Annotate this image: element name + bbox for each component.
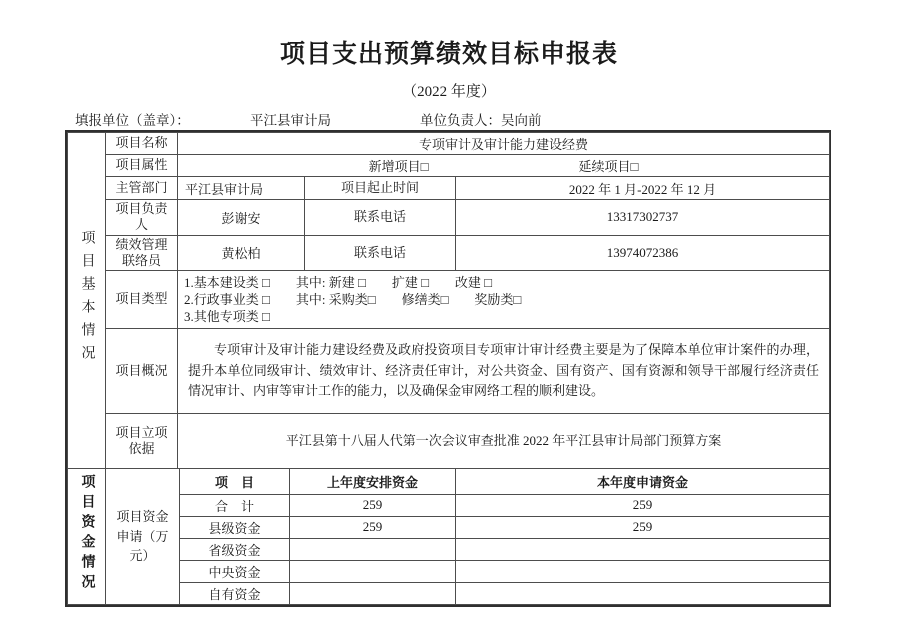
funding-row-label: 合 计 xyxy=(180,494,290,516)
period-value: 2022 年 1 月-2022 年 12 月 xyxy=(456,177,830,200)
funding-group-label: 项目资金申请（万元） xyxy=(106,469,180,604)
table-row: 绩效管理联络员 黄松柏 联系电话 13974072386 xyxy=(68,235,830,271)
table-row: 主管部门 平江县审计局 项目起止时间 2022 年 1 月-2022 年 12 … xyxy=(68,177,830,200)
section-basic-label-text: 项目基本情况 xyxy=(80,230,94,368)
liaison-phone-label: 联系电话 xyxy=(305,235,456,271)
leader-label: 项目负责人 xyxy=(106,200,178,236)
funding-current-value: 259 xyxy=(456,516,830,538)
leader-phone-label: 联系电话 xyxy=(305,200,456,236)
funding-prev-value xyxy=(290,582,456,604)
funding-row-central: 中央资金 xyxy=(68,560,830,582)
funding-current-value xyxy=(456,560,830,582)
funding-current-value: 259 xyxy=(456,494,830,516)
dept-label: 主管部门 xyxy=(106,177,178,200)
funding-row-total: 合 计 259 259 xyxy=(68,494,830,516)
table-row: 项目负责人 彭谢安 联系电话 13317302737 xyxy=(68,200,830,236)
type-line-administrative: 2.行政事业类 □ 其中: 采购类□ 修缮类□ 奖励类□ xyxy=(184,291,827,308)
funding-current-value xyxy=(456,582,830,604)
funding-col-prev-year-header: 上年度安排资金 xyxy=(290,469,456,494)
leader-phone-value: 13317302737 xyxy=(456,200,830,236)
funding-header-row: 项目资金情况 项目资金申请（万元） 项 目 上年度安排资金 本年度申请资金 xyxy=(68,469,830,494)
funding-row-province: 省级资金 xyxy=(68,538,830,560)
funding-prev-value xyxy=(290,538,456,560)
funding-prev-value: 259 xyxy=(290,494,456,516)
project-type-label: 项目类型 xyxy=(106,271,178,329)
basic-info-section: 项目基本情况 项目名称 专项审计及审计能力建设经费 项目属性 新增项目□ 延续项… xyxy=(67,132,830,469)
funding-row-label: 自有资金 xyxy=(180,582,290,604)
table-row: 项目概况 专项审计及审计能力建设经费及政府投资项目专项审计审计经费主要是为了保障… xyxy=(68,329,830,414)
funding-row-county: 县级资金 259 259 xyxy=(68,516,830,538)
project-type-value: 1.基本建设类 □ 其中: 新建 □ 扩建 □ 改建 □ 2.行政事业类 □ 其… xyxy=(178,271,830,329)
liaison-value: 黄松柏 xyxy=(178,235,305,271)
section-funding-label-text: 项目资金情况 xyxy=(80,474,94,594)
section-funding-vertical-label: 项目资金情况 xyxy=(68,469,106,604)
dept-value: 平江县审计局 xyxy=(178,177,305,200)
funding-col-item-header: 项 目 xyxy=(180,469,290,494)
type-line-construction: 1.基本建设类 □ 其中: 新建 □ 扩建 □ 改建 □ xyxy=(184,274,827,291)
reporting-unit-label: 填报单位（盖章）： xyxy=(75,109,190,129)
funding-row-label: 中央资金 xyxy=(180,560,290,582)
project-name-label: 项目名称 xyxy=(106,133,178,155)
funding-col-current-year-header: 本年度申请资金 xyxy=(456,469,830,494)
funding-row-self: 自有资金 xyxy=(68,582,830,604)
unit-head: 单位负责人：吴向前 xyxy=(420,109,542,129)
funding-section: 项目资金情况 项目资金申请（万元） 项 目 上年度安排资金 本年度申请资金 合 … xyxy=(67,469,830,605)
project-name-value: 专项审计及审计能力建设经费 xyxy=(178,133,830,155)
attr-new-project-checkbox-text: 新增项目□ xyxy=(369,156,429,175)
table-row: 项目基本情况 项目名称 专项审计及审计能力建设经费 xyxy=(68,133,830,155)
form-meta-line: 填报单位（盖章）： 平江县审计局 单位负责人：吴向前 xyxy=(0,109,898,129)
overview-label: 项目概况 xyxy=(106,329,178,414)
funding-row-label: 县级资金 xyxy=(180,516,290,538)
leader-value: 彭谢安 xyxy=(178,200,305,236)
overview-paragraph: 专项审计及审计能力建设经费及政府投资项目专项审计审计经费主要是为了保障本单位审计… xyxy=(188,340,819,402)
liaison-phone-value: 13974072386 xyxy=(456,235,830,271)
reporting-unit-value: 平江县审计局 xyxy=(250,109,331,129)
funding-prev-value xyxy=(290,560,456,582)
type-line-other: 3.其他专项类 □ xyxy=(184,308,827,325)
funding-prev-value: 259 xyxy=(290,516,456,538)
section-basic-vertical-label: 项目基本情况 xyxy=(68,133,106,469)
overview-value: 专项审计及审计能力建设经费及政府投资项目专项审计审计经费主要是为了保障本单位审计… xyxy=(178,329,830,414)
basis-label: 项目立项依据 xyxy=(106,414,178,469)
project-attribute-label: 项目属性 xyxy=(106,155,178,177)
period-label: 项目起止时间 xyxy=(305,177,456,200)
table-row: 项目类型 1.基本建设类 □ 其中: 新建 □ 扩建 □ 改建 □ 2.行政事业… xyxy=(68,271,830,329)
funding-row-label: 省级资金 xyxy=(180,538,290,560)
table-row: 项目属性 新增项目□ 延续项目□ xyxy=(68,155,830,177)
table-row: 项目立项依据 平江县第十八届人代第一次会议审查批准 2022 年平江县审计局部门… xyxy=(68,414,830,469)
declaration-form-table: 项目基本情况 项目名称 专项审计及审计能力建设经费 项目属性 新增项目□ 延续项… xyxy=(65,130,831,607)
attr-continue-project-checkbox-text: 延续项目□ xyxy=(579,156,639,175)
unit-head-value: 吴向前 xyxy=(501,113,542,128)
page-title: 项目支出预算绩效目标申报表 xyxy=(0,34,898,70)
page-subtitle: （2022 年度） xyxy=(0,80,898,101)
funding-current-value xyxy=(456,538,830,560)
project-attribute-value: 新增项目□ 延续项目□ xyxy=(178,155,830,177)
basis-value: 平江县第十八届人代第一次会议审查批准 2022 年平江县审计局部门预算方案 xyxy=(178,414,830,469)
unit-head-label: 单位负责人： xyxy=(420,113,501,128)
liaison-label: 绩效管理联络员 xyxy=(106,235,178,271)
